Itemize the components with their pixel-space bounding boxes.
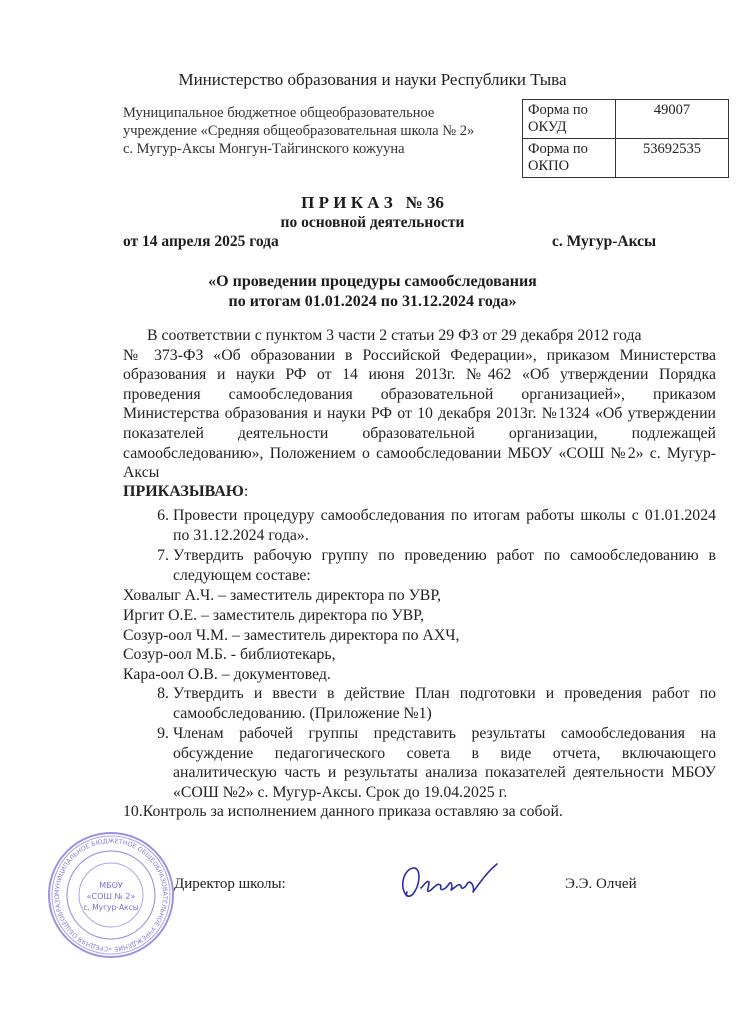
- table-row: Форма по ОКУД 49007: [523, 100, 729, 139]
- item-text: Утвердить рабочую группу по проведению р…: [173, 546, 716, 585]
- ministry-title: Министерство образования и науки Республ…: [0, 70, 745, 90]
- item-number: 7.: [147, 546, 169, 566]
- organization-line: с. Мугур-Аксы Монгун-Тайгинского кожууна: [123, 140, 474, 158]
- order-item-10: 10.Контроль за исполнением данного прика…: [123, 802, 716, 822]
- item-number: 10.: [123, 803, 143, 820]
- group-member: Кара-оол О.В. – документовед.: [123, 665, 331, 685]
- item-text: Членам рабочей группы представить резуль…: [173, 724, 716, 802]
- order-item-7: 7. Утвердить рабочую группу по проведени…: [147, 546, 716, 585]
- subject-line: «О проведении процедуры самообследования: [0, 272, 745, 292]
- svg-text:МУНИЦИПАЛЬНОЕ БЮДЖЕТНОЕ ОБЩЕОБ: МУНИЦИПАЛЬНОЕ БЮДЖЕТНОЕ ОБЩЕОБРАЗОВАТЕЛЬ…: [46, 830, 168, 952]
- group-member: Ховалыг А.Ч. – заместитель директора по …: [123, 586, 441, 606]
- stamp-icon: МУНИЦИПАЛЬНОЕ БЮДЖЕТНОЕ ОБЩЕОБРАЗОВАТЕЛЬ…: [46, 830, 176, 960]
- order-word: П Р И К А З: [301, 193, 393, 212]
- okpo-label: Форма по ОКПО: [523, 139, 616, 178]
- order-subtitle: по основной деятельности: [0, 214, 745, 232]
- organization-name: Муниципальное бюджетное общеобразователь…: [123, 104, 474, 158]
- okud-label: Форма по ОКУД: [523, 100, 616, 139]
- stamp-center-line: «СОШ № 2»: [87, 892, 136, 901]
- group-member: Созур-оол М.Б. - библиотекарь,: [123, 645, 336, 665]
- organization-line: Муниципальное бюджетное общеобразователь…: [123, 104, 474, 122]
- order-item-6: 6. Провести процедуру самообследования п…: [147, 506, 716, 545]
- item-text: Утвердить и ввести в действие План подго…: [173, 684, 716, 723]
- stamp-center-line: с. Мугур-Аксы: [83, 903, 138, 912]
- item-text: Провести процедуру самообследования по и…: [173, 506, 716, 545]
- subject-line: по итогам 01.01.2024 по 31.12.2024 года»: [0, 292, 745, 312]
- orders-heading-text: ПРИКАЗЫВАЮ: [123, 483, 244, 500]
- preamble-text: № 373-ФЗ «Об образовании в Российской Фе…: [123, 347, 716, 482]
- form-codes-table: Форма по ОКУД 49007 Форма по ОКПО 536925…: [522, 99, 729, 178]
- okud-value: 49007: [616, 100, 729, 139]
- orders-heading-colon: :: [244, 483, 248, 500]
- director-signature: [395, 858, 505, 913]
- group-member: Созур-оол Ч.М. – заместитель директора п…: [123, 626, 459, 646]
- item-text: Контроль за исполнением данного приказа …: [143, 803, 563, 820]
- order-item-9: 9. Членам рабочей группы представить рез…: [147, 724, 716, 802]
- order-date: от 14 апреля 2025 года: [123, 233, 279, 251]
- code-label-line: ОКПО: [528, 158, 610, 175]
- preamble-first-line: В соответствии с пунктом 3 части 2 стать…: [123, 326, 716, 346]
- orders-heading: ПРИКАЗЫВАЮ:: [123, 483, 248, 501]
- item-number: 9.: [147, 724, 169, 744]
- item-number: 6.: [147, 506, 169, 526]
- order-item-8: 8. Утвердить и ввести в действие План по…: [147, 684, 716, 723]
- item-number: 8.: [147, 684, 169, 704]
- stamp-center-line: МБОУ: [99, 881, 123, 890]
- table-row: Форма по ОКПО 53692535: [523, 139, 729, 178]
- order-place: с. Мугур-Аксы: [552, 233, 656, 251]
- code-label-line: Форма по: [528, 141, 610, 158]
- director-name: Э.Э. Олчей: [565, 876, 637, 893]
- organization-line: учреждение «Средняя общеобразовательная …: [123, 122, 474, 140]
- group-member: Иргит О.Е. – заместитель директора по УВ…: [123, 606, 424, 626]
- order-number: № 36: [406, 193, 444, 212]
- code-label-line: ОКУД: [528, 119, 610, 136]
- school-stamp: МУНИЦИПАЛЬНОЕ БЮДЖЕТНОЕ ОБЩЕОБРАЗОВАТЕЛЬ…: [46, 830, 176, 965]
- stamp-ring-text: МУНИЦИПАЛЬНОЕ БЮДЖЕТНОЕ ОБЩЕОБРАЗОВАТЕЛЬ…: [46, 830, 168, 952]
- order-subject: «О проведении процедуры самообследования…: [0, 272, 745, 312]
- director-label: Директор школы:: [174, 876, 286, 893]
- order-title: П Р И К А З № 36: [0, 193, 745, 213]
- preamble-paragraph: В соответствии с пунктом 3 части 2 стать…: [123, 326, 716, 483]
- signature-icon: [395, 858, 505, 908]
- okpo-value: 53692535: [616, 139, 729, 178]
- code-label-line: Форма по: [528, 102, 610, 119]
